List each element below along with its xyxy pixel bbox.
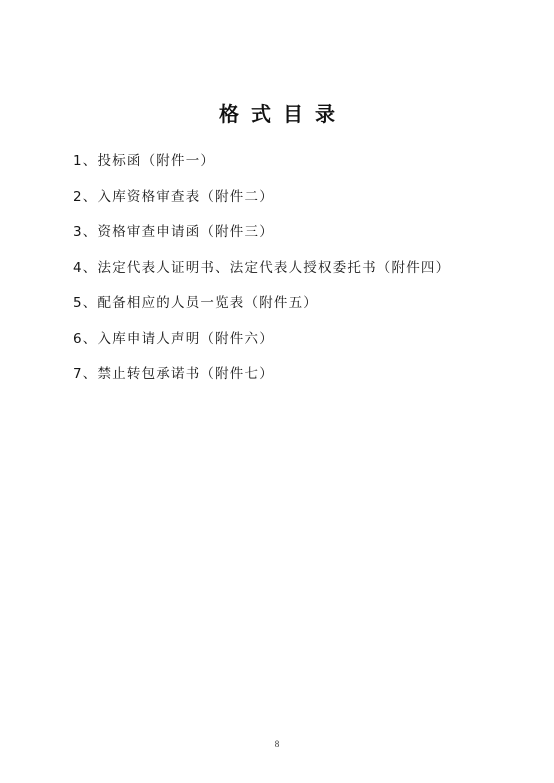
document-page: 格式目录 1、投标函（附件一） 2、入库资格审查表（附件二） 3、资格审查申请函… [0, 0, 554, 783]
toc-item-text: 入库资格审查表（附件二） [98, 189, 274, 205]
table-of-contents: 1、投标函（附件一） 2、入库资格审查表（附件二） 3、资格审查申请函（附件三）… [73, 152, 450, 401]
toc-item: 2、入库资格审查表（附件二） [73, 188, 450, 224]
toc-item-text: 入库申请人声明（附件六） [98, 331, 274, 347]
toc-item-text: 法定代表人证明书、法定代表人授权委托书（附件四） [98, 260, 451, 276]
toc-item-number: 4、 [73, 259, 98, 277]
toc-item-text: 资格审查申请函（附件三） [98, 224, 274, 240]
toc-item-number: 7、 [73, 365, 98, 383]
toc-item-number: 6、 [73, 330, 98, 348]
toc-item: 4、法定代表人证明书、法定代表人授权委托书（附件四） [73, 259, 450, 295]
toc-item-text: 投标函（附件一） [98, 153, 216, 169]
toc-item-text: 禁止转包承诺书（附件七） [98, 366, 274, 382]
toc-item: 1、投标函（附件一） [73, 152, 450, 188]
toc-item-number: 2、 [73, 188, 98, 206]
toc-item-number: 3、 [73, 223, 98, 241]
toc-item: 3、资格审查申请函（附件三） [73, 223, 450, 259]
toc-item: 5、配备相应的人员一览表（附件五） [73, 294, 450, 330]
toc-item-text: 配备相应的人员一览表（附件五） [98, 295, 319, 311]
page-number: 8 [0, 739, 554, 749]
toc-item: 6、入库申请人声明（附件六） [73, 330, 450, 366]
toc-item-number: 1、 [73, 152, 98, 170]
page-title: 格式目录 [0, 98, 554, 127]
toc-item-number: 5、 [73, 294, 98, 312]
toc-item: 7、禁止转包承诺书（附件七） [73, 365, 450, 401]
